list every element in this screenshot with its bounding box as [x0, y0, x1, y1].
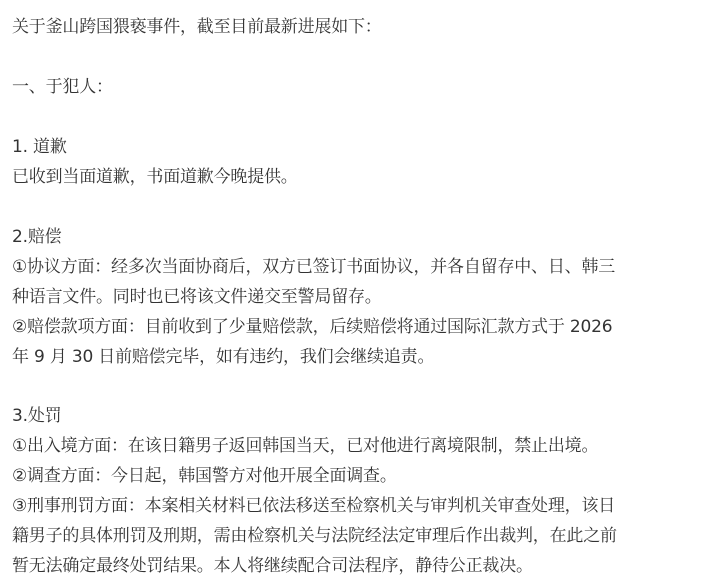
item-text: 暂无法确定最终处罚结果。本人将继续配合司法程序，静待公正裁决。	[12, 555, 533, 577]
item-text: ②调查方面：今日起，韩国警方对他开展全面调查。	[12, 465, 397, 487]
item-text: ③刑事刑罚方面：本案相关材料已依法移送至检察机关与审判机关审查处理，该日	[12, 495, 615, 517]
item-text: 已收到当面道歉，书面道歉今晚提供。	[12, 166, 298, 188]
item-heading-compensation: 2.赔偿	[12, 226, 61, 248]
item-text: ①出入境方面：在该日籍男子返回韩国当天，已对他进行离境限制，禁止出境。	[12, 435, 598, 457]
item-text: 种语言文件。同时也已将该文件递交至警局留存。	[12, 286, 382, 308]
item-text: ②赔偿款项方面：目前收到了少量赔偿款，后续赔偿将通过国际汇款方式于 2026	[12, 316, 612, 338]
section-heading: 一、于犯人：	[12, 76, 113, 98]
item-heading-punishment: 3.处罚	[12, 405, 61, 427]
item-text: 籍男子的具体刑罚及刑期，需由检察机关与法院经法定审理后作出裁判，在此之前	[12, 525, 617, 547]
document-body: 关于釜山跨国猥亵事件，截至目前最新进展如下： 一、于犯人： 1. 道歉 已收到当…	[0, 0, 708, 579]
item-text: 年 9 月 30 日前赔偿完毕，如有违约，我们会继续追责。	[12, 346, 434, 368]
document-title: 关于釜山跨国猥亵事件，截至目前最新进展如下：	[12, 16, 382, 38]
item-heading-apology: 1. 道歉	[12, 136, 67, 158]
item-text: ①协议方面：经多次当面协商后，双方已签订书面协议，并各自留存中、日、韩三	[12, 256, 615, 278]
